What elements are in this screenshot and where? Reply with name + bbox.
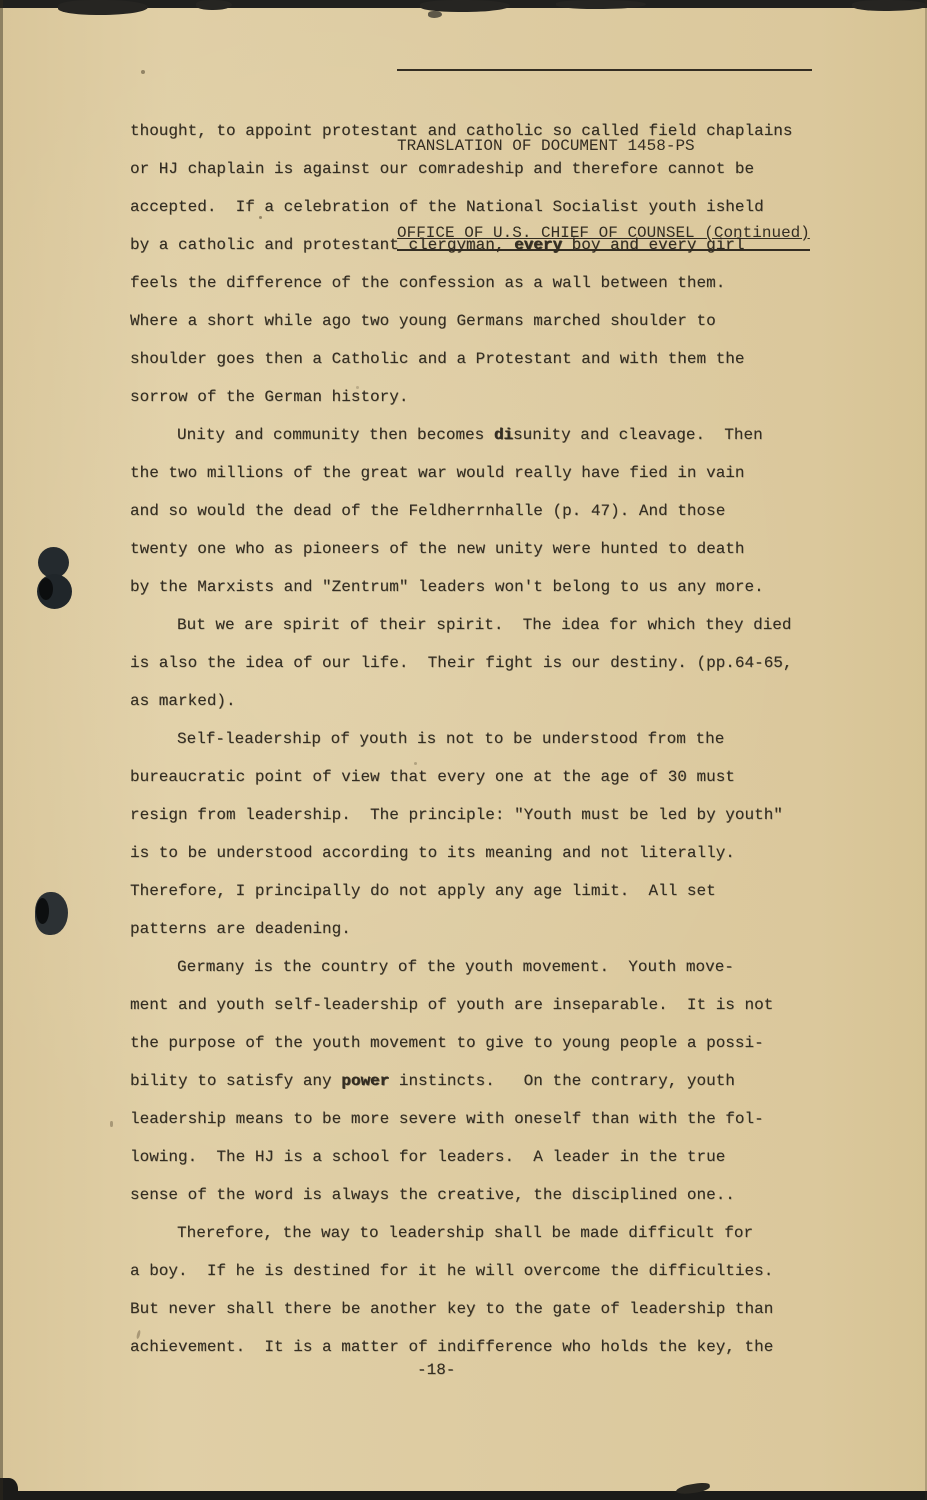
- text-line: bureaucratic point of view that every on…: [130, 758, 830, 796]
- text-line: bility to satisfy any power instincts. O…: [130, 1062, 830, 1100]
- body-text: thought, to appoint protestant and catho…: [130, 112, 830, 1366]
- text-line: sense of the word is always the creative…: [130, 1176, 830, 1214]
- text-line: resign from leadership. The principle: "…: [130, 796, 830, 834]
- text-line: feels the difference of the confession a…: [130, 264, 830, 302]
- scan-edge-blotch: [58, 0, 148, 15]
- text-line: achievement. It is a matter of indiffere…: [130, 1328, 830, 1366]
- text-line: lowing. The HJ is a school for leaders. …: [130, 1138, 830, 1176]
- text-line: Germany is the country of the youth move…: [130, 948, 830, 986]
- hole-punch-mark: [35, 892, 68, 935]
- text-line: twenty one who as pioneers of the new un…: [130, 530, 830, 568]
- scan-edge-blotch: [428, 11, 442, 18]
- scan-edge-blotch: [852, 0, 927, 11]
- text-line: But never shall there be another key to …: [130, 1290, 830, 1328]
- text-line: Therefore, the way to leadership shall b…: [130, 1214, 830, 1252]
- text-line: Self-leadership of youth is not to be un…: [130, 720, 830, 758]
- text-line: is also the idea of our life. Their figh…: [130, 644, 830, 682]
- text-line: thought, to appoint protestant and catho…: [130, 112, 830, 150]
- text-line: Where a short while ago two young German…: [130, 302, 830, 340]
- text-line: the purpose of the youth movement to giv…: [130, 1024, 830, 1062]
- text-line: by the Marxists and "Zentrum" leaders wo…: [130, 568, 830, 606]
- scan-edge-left: [0, 0, 3, 1500]
- text-line: shoulder goes then a Catholic and a Prot…: [130, 340, 830, 378]
- text-line: or HJ chaplain is against our comradeshi…: [130, 150, 830, 188]
- text-line: by a catholic and protestant clergyman, …: [130, 226, 830, 264]
- scan-edge-bottom: [0, 1491, 927, 1500]
- text-line: patterns are deadening.: [130, 910, 830, 948]
- scanned-document-page: TRANSLATION OF DOCUMENT 1458-PS OFFICE O…: [0, 0, 927, 1500]
- text-line: and so would the dead of the Feldherrnha…: [130, 492, 830, 530]
- text-line: Therefore, I principally do not apply an…: [130, 872, 830, 910]
- hole-punch-mark: [37, 574, 72, 609]
- text-line: accepted. If a celebration of the Nation…: [130, 188, 830, 226]
- text-line: ment and youth self-leadership of youth …: [130, 986, 830, 1024]
- page-number: -18-: [417, 1361, 455, 1379]
- text-line: the two millions of the great war would …: [130, 454, 830, 492]
- paper-speck: [141, 70, 145, 74]
- text-line: is to be understood according to its mea…: [130, 834, 830, 872]
- text-line: But we are spirit of their spirit. The i…: [130, 606, 830, 644]
- paper-speck: [110, 1121, 113, 1127]
- text-line: sorrow of the German history.: [130, 378, 830, 416]
- text-line: a boy. If he is destined for it he will …: [130, 1252, 830, 1290]
- text-line: Unity and community then becomes disunit…: [130, 416, 830, 454]
- scan-edge-blotch: [196, 0, 232, 10]
- text-line: leadership means to be more severe with …: [130, 1100, 830, 1138]
- text-line: as marked).: [130, 682, 830, 720]
